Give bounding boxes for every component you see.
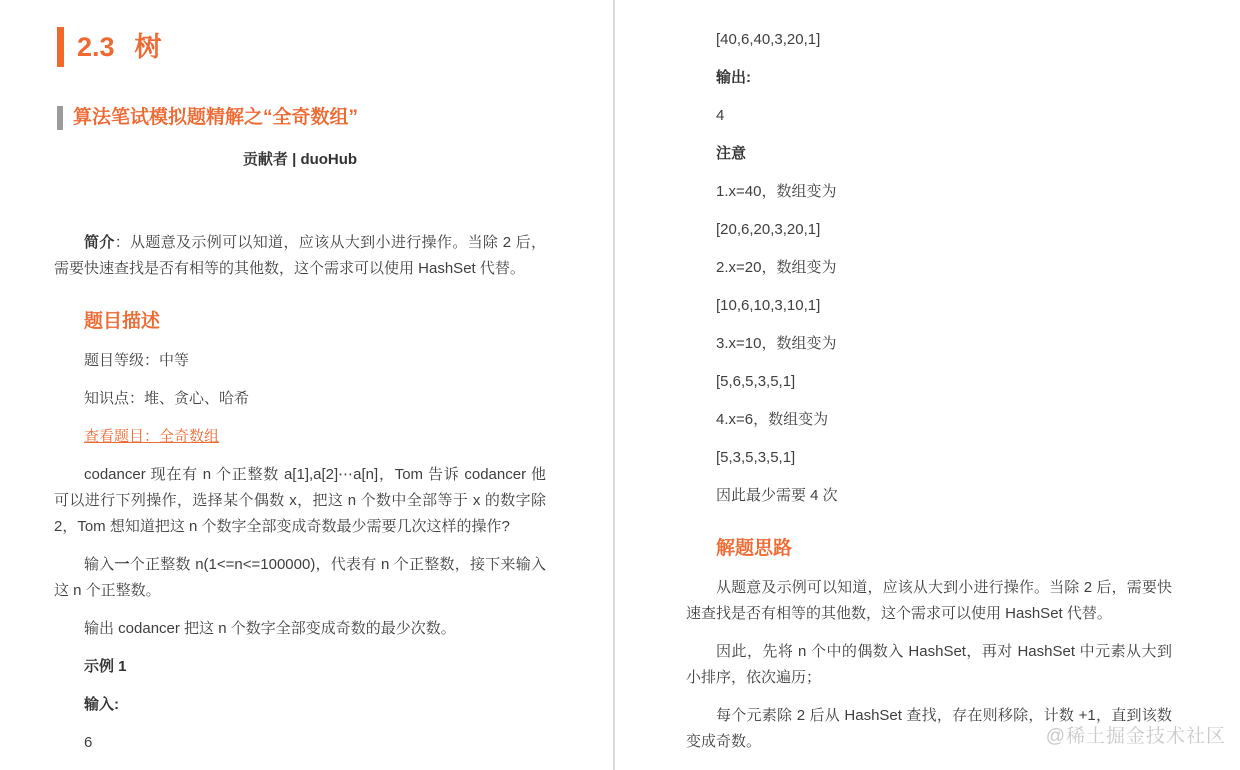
article-heading: 算法笔试模拟题精解之“全奇数组” <box>54 105 546 131</box>
step-1-line: 1.x=40，数组变为 <box>686 179 1172 205</box>
solution-paragraph-1: 从题意及示例可以知道，应该从大到小进行操作。当除 2 后，需要快速查找是否有相等… <box>686 575 1172 627</box>
input-spec-emphasis: 一 <box>115 556 130 573</box>
article-title: 算法笔试模拟题精解之“全奇数组” <box>73 105 358 131</box>
intro-paragraph: 简介：从题意及示例可以知道，应该从大到小进行操作。当除 2 后，需要快速查找是否… <box>54 230 546 282</box>
chapter-heading: 2.3 树 <box>54 27 546 67</box>
community-watermark: @稀土掘金技术社区 <box>1046 724 1226 750</box>
intro-label: 简介 <box>84 234 115 251</box>
input-value: 6 <box>54 730 546 756</box>
input-spec-prefix: 输入 <box>84 556 115 573</box>
intro-body: ：从题意及示例可以知道，应该从大到小进行操作。当除 2 后，需要快速查找是否有相… <box>54 234 546 277</box>
view-problem-link[interactable]: 查看题目：全奇数组 <box>84 428 219 445</box>
output-label: 输出: <box>686 65 1172 91</box>
output-value: 4 <box>686 103 1172 129</box>
input-spec-paragraph: 输入一个正整数 n(1<=n<=100000)，代表有 n 个正整数，接下来输入… <box>54 552 546 604</box>
step-4-array: [5,3,5,3,5,1] <box>686 445 1172 471</box>
note-label: 注意 <box>686 141 1172 167</box>
chapter-accent-bar <box>57 27 64 67</box>
step-4-line: 4.x=6，数组变为 <box>686 407 1172 433</box>
step-3-line: 3.x=10，数组变为 <box>686 331 1172 357</box>
left-page: 2.3 树 算法笔试模拟题精解之“全奇数组” 贡献者 | duoHub 简介：从… <box>54 0 546 768</box>
chapter-number: 2.3 <box>77 27 115 67</box>
chapter-title: 树 <box>135 27 162 67</box>
solution-paragraph-2: 因此，先将 n 个中的偶数入 HashSet，再对 HashSet 中元素从大到… <box>686 639 1172 691</box>
example-input-array: [40,6,40,3,20,1] <box>686 27 1172 53</box>
section-title-problem-description: 题目描述 <box>54 308 546 336</box>
article-accent-bar <box>57 106 63 130</box>
section-title-solution-idea: 解题思路 <box>686 535 1172 563</box>
page-column-divider <box>613 0 615 770</box>
document-page: 2.3 树 算法笔试模拟题精解之“全奇数组” 贡献者 | duoHub 简介：从… <box>0 0 1240 770</box>
step-1-array: [20,6,20,3,20,1] <box>686 217 1172 243</box>
input-label: 输入: <box>54 692 546 718</box>
knowledge-points-line: 知识点：堆、贪心、哈希 <box>54 386 546 412</box>
step-3-array: [5,6,5,3,5,1] <box>686 369 1172 395</box>
contributor-line: 贡献者 | duoHub <box>54 147 546 173</box>
example-label: 示例 1 <box>54 654 546 680</box>
problem-statement-paragraph: codancer 现在有 n 个正整数 a[1],a[2]⋯a[n]，Tom 告… <box>54 462 546 540</box>
step-2-array: [10,6,10,3,10,1] <box>686 293 1172 319</box>
step-2-line: 2.x=20，数组变为 <box>686 255 1172 281</box>
conclusion-line: 因此最少需要 4 次 <box>686 483 1172 509</box>
problem-level-line: 题目等级：中等 <box>54 348 546 374</box>
right-page: [40,6,40,3,20,1] 输出: 4 注意 1.x=40，数组变为 [2… <box>686 0 1172 767</box>
output-spec-line: 输出 codancer 把这 n 个数字全部变成奇数的最少次数。 <box>54 616 546 642</box>
view-problem-line: 查看题目：全奇数组 <box>54 424 546 450</box>
